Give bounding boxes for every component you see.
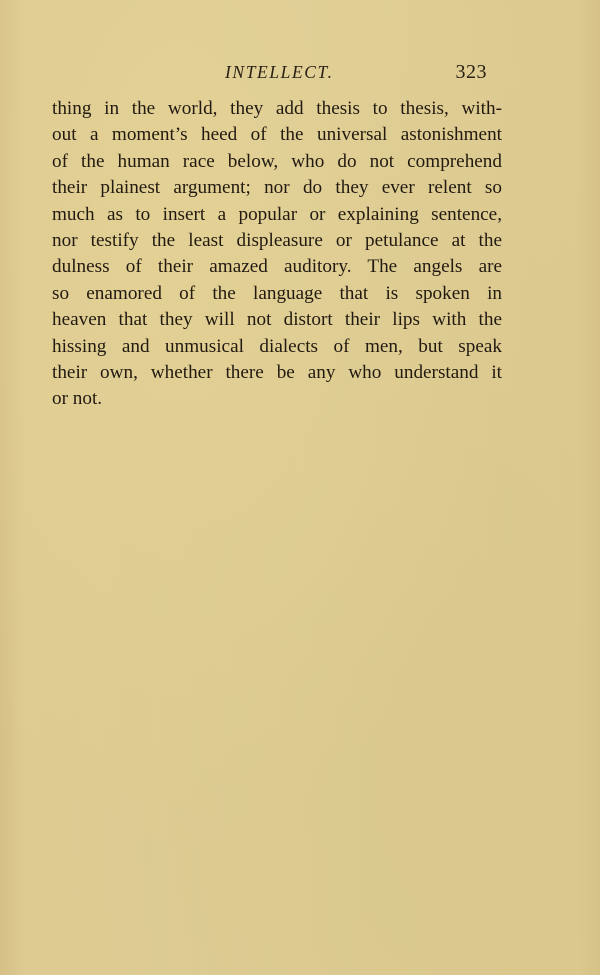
page-number: 323: [456, 61, 488, 84]
text-line: their own, whether there be any who unde…: [52, 360, 502, 386]
text-line: so enamored of the language that is spok…: [52, 281, 502, 307]
text-line: hissing and unmusical dialects of men, b…: [52, 334, 502, 360]
text-line: heaven that they will not distort their …: [52, 307, 502, 333]
text-line-last: or not.: [52, 386, 502, 412]
text-line: dulness of their amazed auditory. The an…: [52, 254, 502, 280]
book-page: INTELLECT. 323 thing in the world, they …: [0, 0, 600, 975]
text-line: nor testify the least displeasure or pet…: [52, 228, 502, 254]
running-title: INTELLECT.: [225, 62, 334, 83]
text-line: of the human race below, who do not comp…: [52, 149, 502, 175]
body-paragraph: thing in the world, they add thesis to t…: [52, 96, 502, 413]
text-line: out a moment’s heed of the universal ast…: [52, 122, 502, 148]
text-line: much as to insert a popular or explainin…: [52, 202, 502, 228]
text-line: their plainest argument; nor do they eve…: [52, 175, 502, 201]
running-head: INTELLECT. 323: [52, 62, 502, 88]
text-line: thing in the world, they add thesis to t…: [52, 96, 502, 122]
